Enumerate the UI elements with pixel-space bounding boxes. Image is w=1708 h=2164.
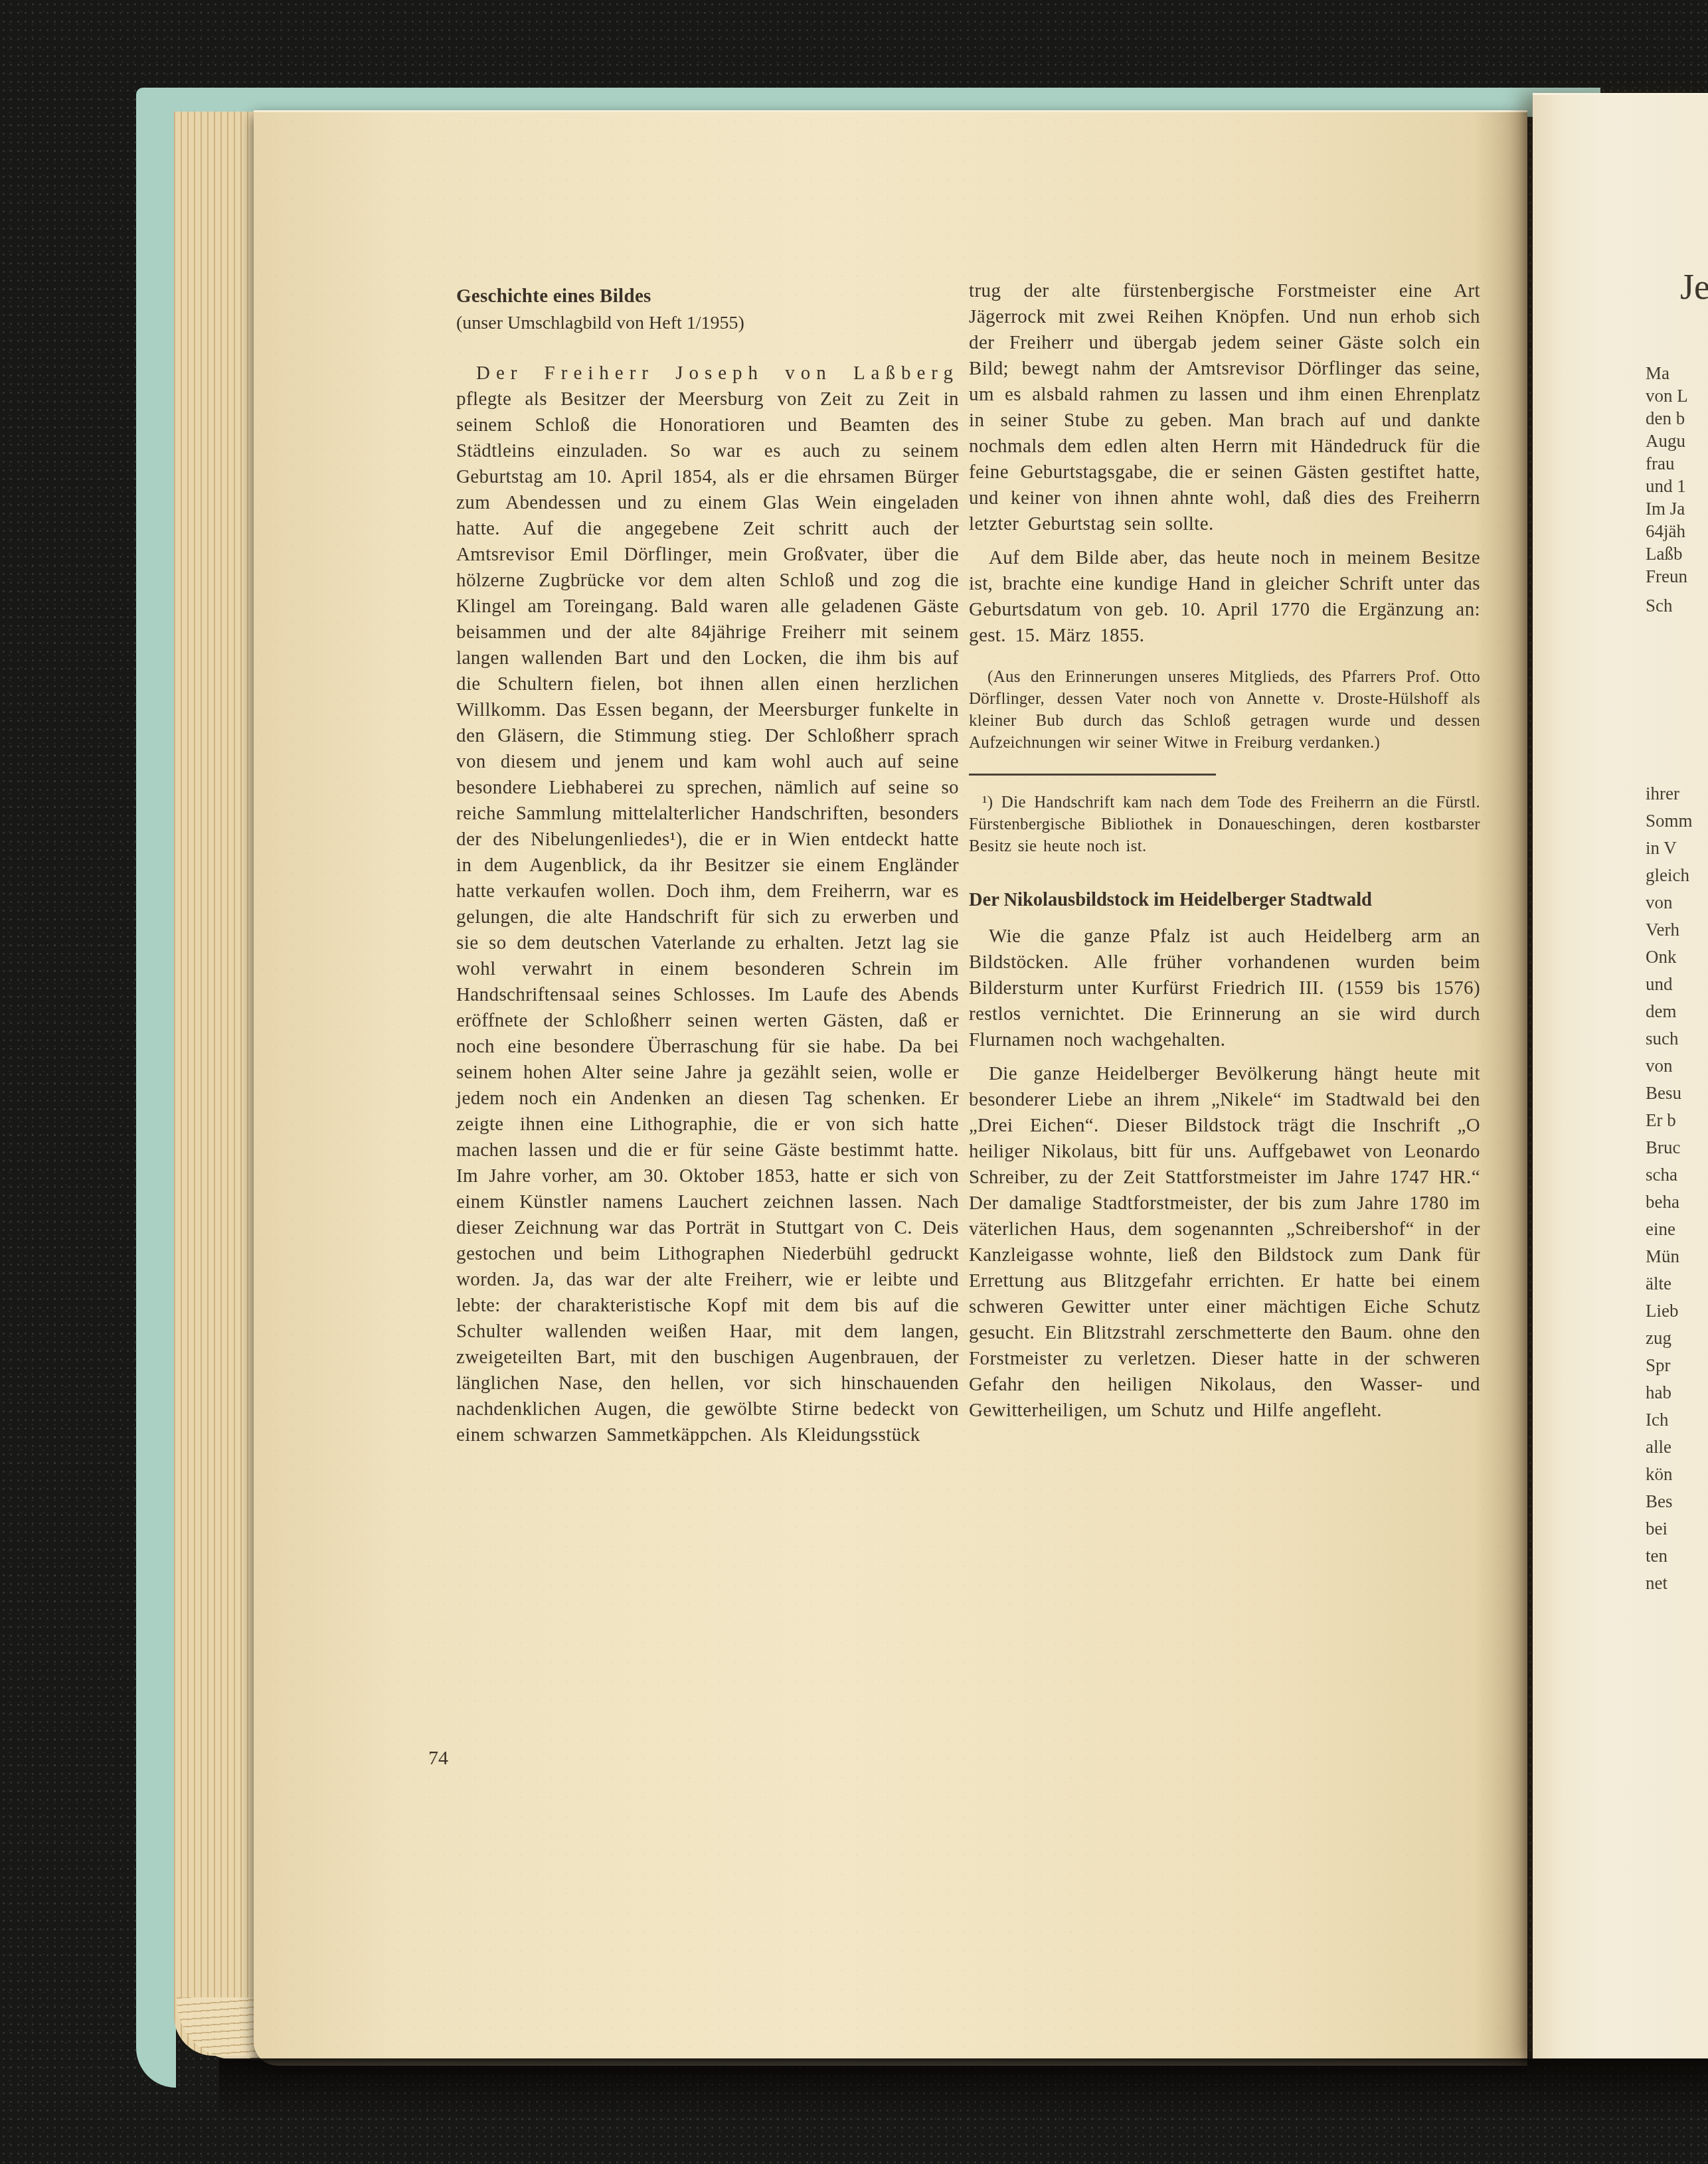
text-fragment: scha bbox=[1646, 1161, 1693, 1189]
left-page: Geschichte eines Bildes (unser Umschlagb… bbox=[254, 110, 1527, 2066]
article1-title: Geschichte eines Bildes bbox=[456, 282, 959, 310]
book-cover-edge-left bbox=[136, 93, 176, 2088]
article1-subtitle: (unser Umschlagbild von Heft 1/1955) bbox=[456, 310, 959, 337]
book-bottom-shadow bbox=[219, 2058, 1708, 2120]
text-fragment: Verh bbox=[1646, 916, 1693, 944]
text-fragment: hab bbox=[1646, 1379, 1693, 1406]
text-fragment: bei bbox=[1646, 1515, 1693, 1542]
page-number: 74 bbox=[428, 1747, 448, 1770]
text-fragment: 64jäh bbox=[1646, 520, 1688, 542]
page-stack-fore-edge bbox=[174, 112, 256, 2056]
text-fragment: Laßb bbox=[1646, 542, 1688, 565]
gutter-shadow bbox=[1474, 112, 1527, 2066]
text-fragment: in V bbox=[1646, 835, 1693, 862]
footnote-rule bbox=[969, 774, 1216, 776]
text-fragment: und 1 bbox=[1646, 475, 1688, 497]
text-fragment: von L bbox=[1646, 384, 1688, 407]
text-fragment: net bbox=[1646, 1570, 1693, 1597]
text-fragment: beha bbox=[1646, 1189, 1693, 1216]
article2-title: Der Nikolausbildstock im Heidelberger St… bbox=[969, 886, 1480, 914]
text-fragment: Somm bbox=[1646, 807, 1693, 835]
text-fragment: Besu bbox=[1646, 1080, 1693, 1107]
right-page-fragments-upper: Mavon Lden bAugufrauund 1Im Ja64jähLaßbF… bbox=[1646, 362, 1688, 617]
right-page-heading-fragment: Je bbox=[1680, 266, 1708, 307]
text-fragment: Augu bbox=[1646, 430, 1688, 452]
text-fragment: von bbox=[1646, 889, 1693, 916]
right-column: trug der alte fürstenbergische Forstmeis… bbox=[969, 278, 1480, 1424]
text-fragment: such bbox=[1646, 1025, 1693, 1052]
text-fragment: Freun bbox=[1646, 565, 1688, 588]
article1-paragraph-continued: trug der alte fürstenbergische Forstmeis… bbox=[969, 278, 1480, 537]
text-fragment: älte bbox=[1646, 1270, 1693, 1297]
text-fragment: von bbox=[1646, 1052, 1693, 1080]
left-column: Geschichte eines Bildes (unser Umschlagb… bbox=[456, 282, 959, 1448]
footnote: ¹) Die Handschrift kam nach dem Tode des… bbox=[969, 791, 1480, 857]
text-fragment: und bbox=[1646, 971, 1693, 998]
article1-paragraph: Der Freiherr Joseph von Laßberg pflegte … bbox=[456, 361, 959, 1448]
text-fragment: Mün bbox=[1646, 1243, 1693, 1270]
text-fragment: den b bbox=[1646, 407, 1688, 430]
text-fragment: Ich bbox=[1646, 1406, 1693, 1434]
article1-paragraph-rest: pflegte als Besitzer der Meersburg von Z… bbox=[456, 388, 959, 1446]
article2-paragraph-1: Wie die ganze Pfalz ist auch Heidelberg … bbox=[969, 924, 1480, 1053]
text-fragment: Bruc bbox=[1646, 1134, 1693, 1161]
text-fragment: Er b bbox=[1646, 1107, 1693, 1134]
text-fragment: ten bbox=[1646, 1542, 1693, 1570]
text-fragment: eine bbox=[1646, 1216, 1693, 1243]
scan-background: Geschichte eines Bildes (unser Umschlagb… bbox=[0, 0, 1708, 2164]
right-page-sliver: Je Mavon Lden bAugufrauund 1Im Ja64jähLa… bbox=[1533, 93, 1708, 2059]
text-fragment: kön bbox=[1646, 1461, 1693, 1488]
text-fragment: ihrer bbox=[1646, 780, 1693, 807]
text-fragment: Spr bbox=[1646, 1352, 1693, 1379]
article2-paragraph-2: Die ganze Heidelberger Bevölkerung hängt… bbox=[969, 1061, 1480, 1424]
text-fragment: gleich bbox=[1646, 862, 1693, 889]
text-fragment: Bes bbox=[1646, 1488, 1693, 1515]
text-fragment: Onk bbox=[1646, 944, 1693, 971]
article1-closing-paragraph: Auf dem Bilde aber, das heute noch in me… bbox=[969, 545, 1480, 649]
right-page-fragments-lower: ihrerSommin VgleichvonVerhOnkunddemsuchv… bbox=[1646, 780, 1693, 1597]
text-fragment: alle bbox=[1646, 1434, 1693, 1461]
credit-note: (Aus den Erinnerungen unseres Mitglieds,… bbox=[969, 666, 1480, 754]
text-fragment: dem bbox=[1646, 998, 1693, 1025]
text-fragment: Im Ja bbox=[1646, 497, 1688, 520]
text-fragment: Sch bbox=[1646, 594, 1688, 617]
article1-paragraph-lead: Der Freiherr Joseph von Laßberg bbox=[476, 363, 959, 384]
text-fragment: zug bbox=[1646, 1325, 1693, 1352]
text-fragment: Ma bbox=[1646, 362, 1688, 384]
text-fragment: frau bbox=[1646, 452, 1688, 475]
text-fragment: Lieb bbox=[1646, 1297, 1693, 1325]
